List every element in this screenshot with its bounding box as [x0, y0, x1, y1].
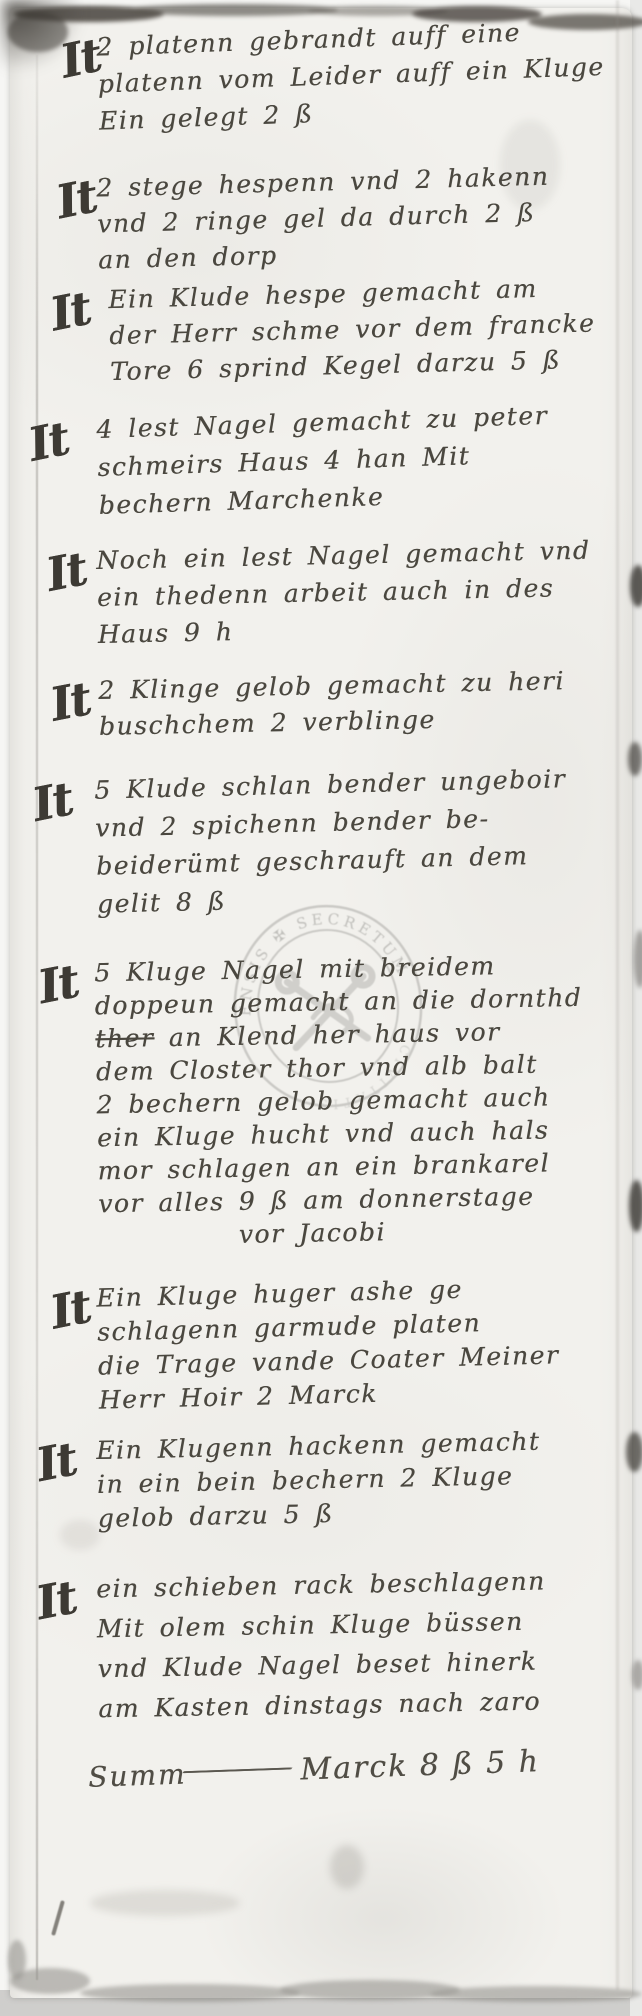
- manuscript-line: 2 bechern gelob gemacht auch: [96, 1084, 550, 1117]
- manuscript-line: gelit 8 ß: [97, 889, 226, 917]
- manuscript-line: vor alles 9 ß am donnerstage: [98, 1184, 535, 1217]
- manuscript-line: Ein gelegt 2 ß: [99, 101, 314, 133]
- manuscript-line: buschchem 2 verblinge: [99, 707, 436, 739]
- manuscript-line: am Kasten dinstags nach zaro: [98, 1689, 541, 1722]
- manuscript-line: mor schlagen an ein brankarel: [97, 1150, 550, 1183]
- item-marker: It: [46, 1283, 93, 1336]
- edge-ink-blob: [626, 1432, 642, 1472]
- right-fold-line: [616, 0, 619, 1990]
- struck-word: ther: [95, 1023, 154, 1053]
- binding-crease: [36, 55, 38, 1980]
- edge-ink-blob: [629, 1180, 642, 1232]
- manuscript-line: ther an Klend her haus vor: [95, 1019, 501, 1051]
- paper-stain: [60, 1520, 100, 1550]
- manuscript-line: vnd Klude Nagel beset hinerk: [97, 1649, 537, 1682]
- manuscript-line: 5 Kluge Nagel mit breidem: [94, 953, 496, 985]
- manuscript-line: vor Jacobi: [239, 1219, 386, 1247]
- edge-ink-blob: [632, 1660, 642, 1690]
- manuscript-line: ein schieben rack beschlagenn: [96, 1568, 546, 1601]
- paper-stain: [330, 1845, 364, 1889]
- item-marker: It: [28, 775, 75, 828]
- paper-stain: [90, 1890, 240, 1916]
- manuscript-line: Mit olem schin Kluge büssen: [97, 1609, 524, 1641]
- manuscript-line: Herr Hoir 2 Marck: [98, 1381, 378, 1413]
- sum-prefix: Summ: [88, 1757, 187, 1793]
- item-marker: It: [46, 675, 93, 728]
- manuscript-line: ein Kluge hucht vnd auch hals: [97, 1117, 550, 1150]
- manuscript-line: dem Closter thor vnd alb balt: [96, 1052, 538, 1085]
- edge-ink-blob: [634, 930, 642, 988]
- item-marker: It: [32, 1574, 79, 1627]
- item-marker: It: [34, 958, 81, 1011]
- manuscript-line: an den dorp: [98, 243, 278, 273]
- manuscript-line: Haus 9 h: [98, 619, 234, 647]
- sum-dash: —: [178, 1749, 305, 1786]
- manuscript-line: gelob darzu 5 ß: [97, 1501, 333, 1531]
- edge-ink-blob: [628, 742, 642, 776]
- edge-ink-blob: [630, 565, 642, 607]
- item-marker: It: [42, 545, 89, 598]
- item-marker: It: [32, 1436, 79, 1489]
